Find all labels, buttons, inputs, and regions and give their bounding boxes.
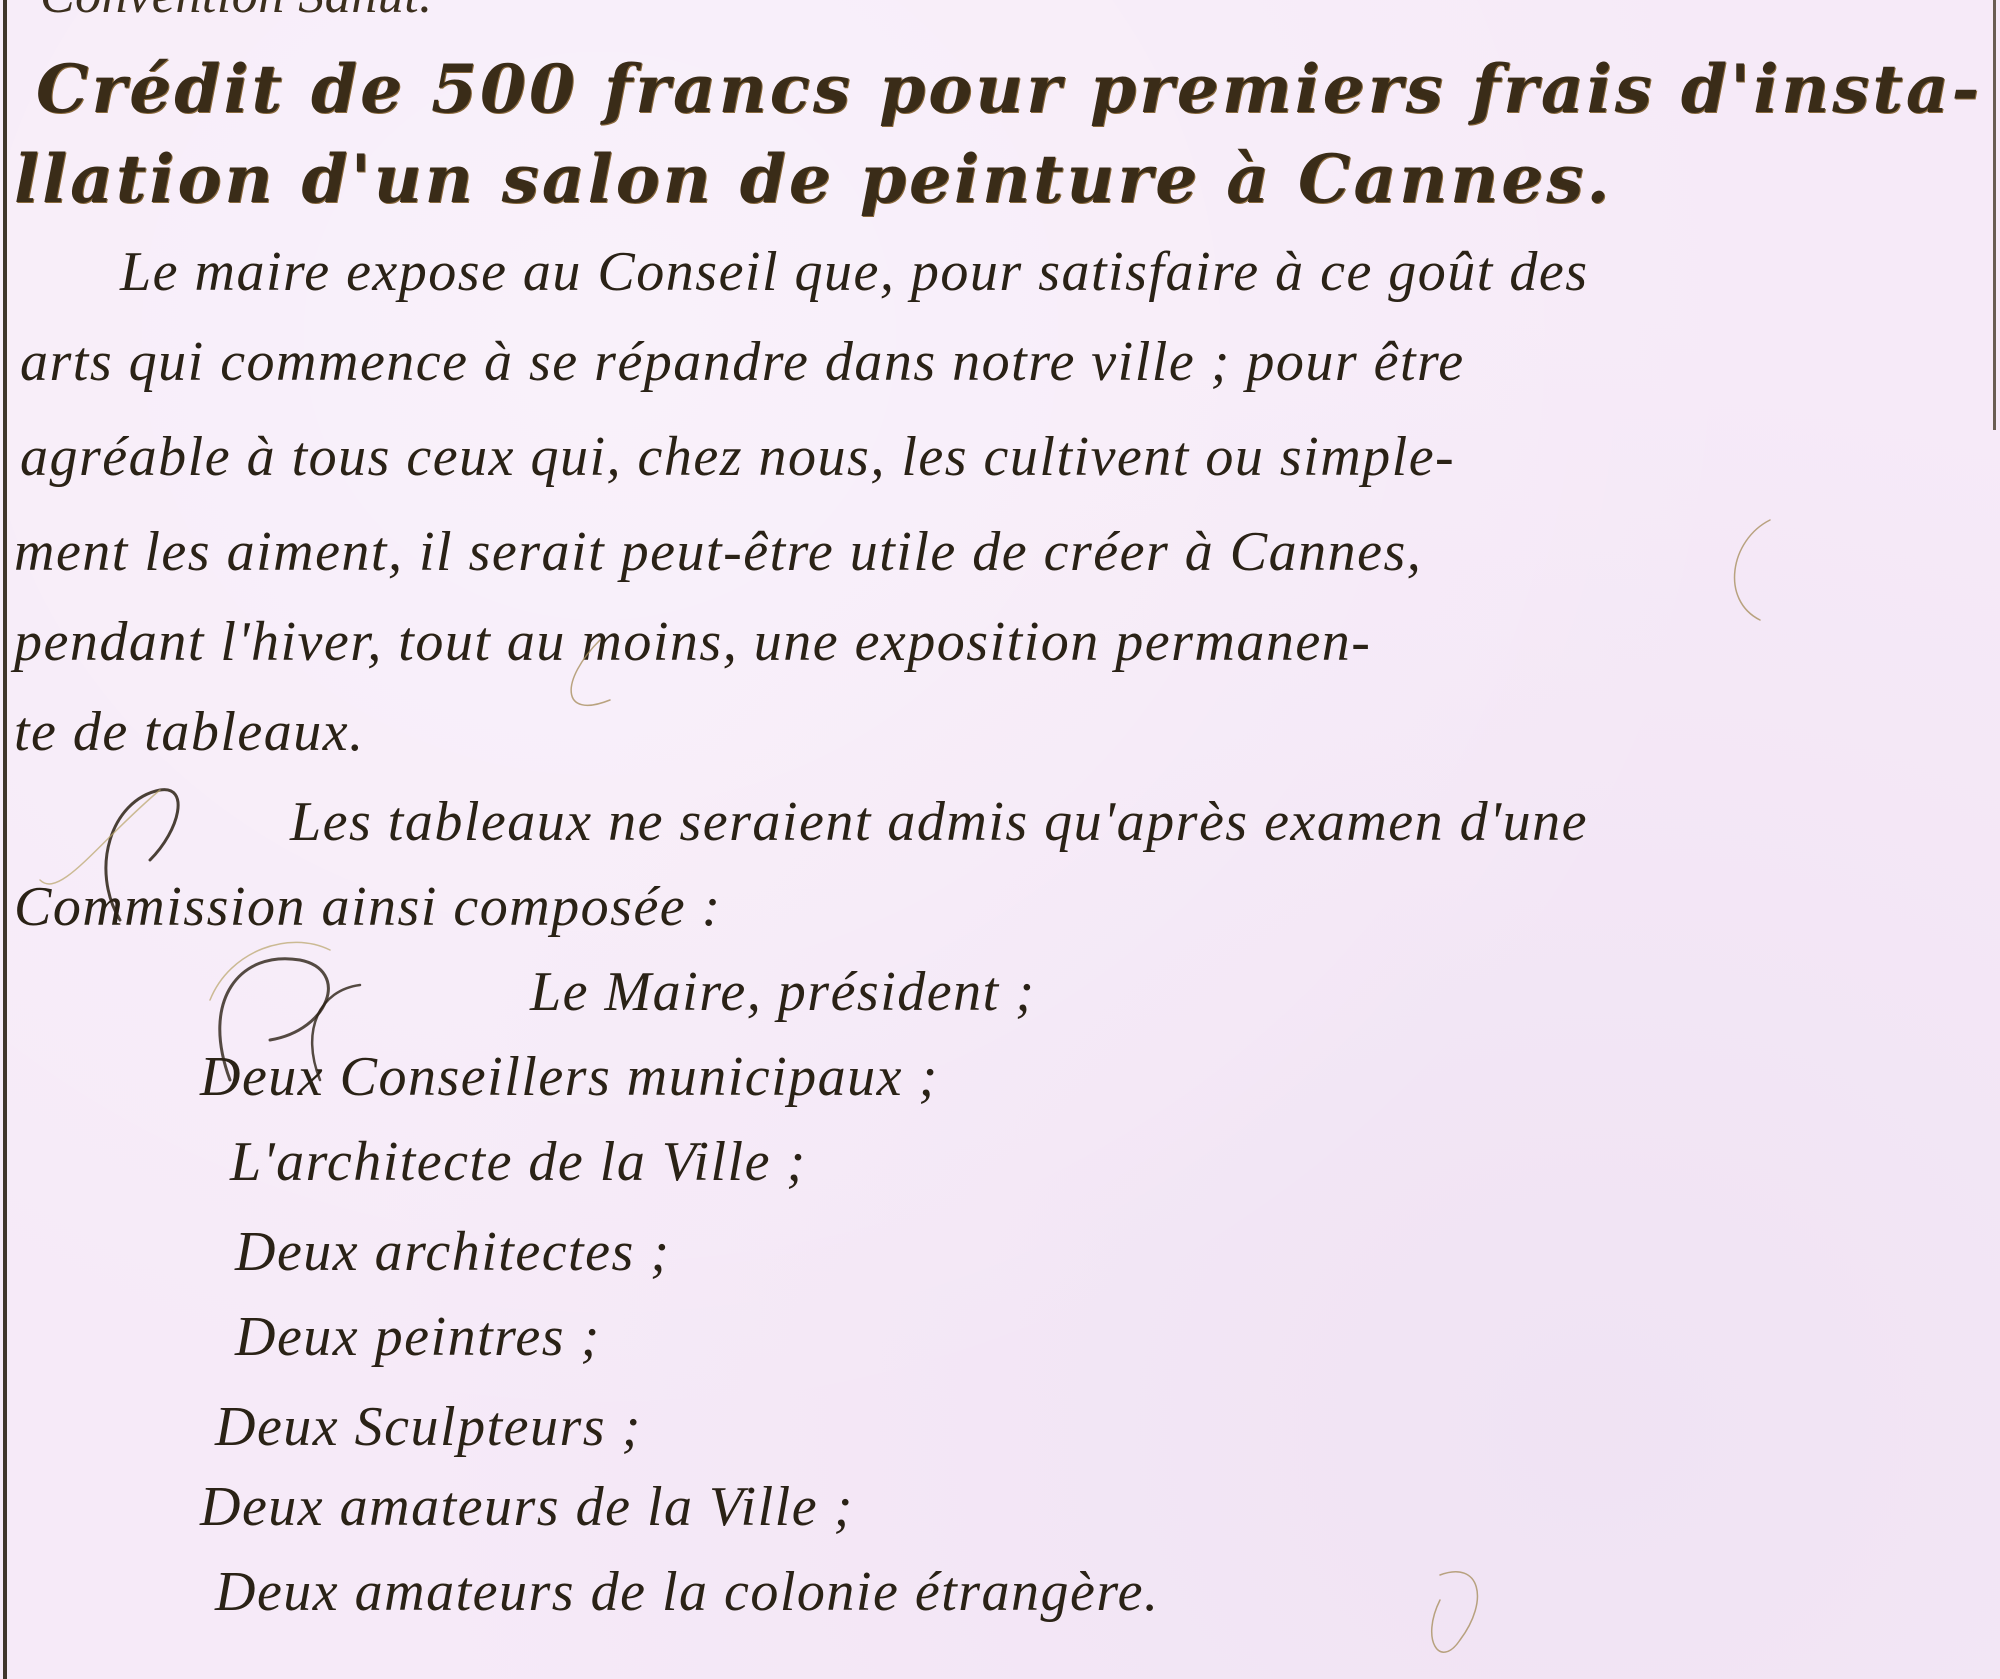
commission-member: L'architecte de la Ville ;: [230, 1130, 807, 1194]
commission-member: Deux architectes ;: [235, 1220, 670, 1284]
manuscript-page: Convention Sahut. Crédit de 500 francs p…: [0, 0, 2000, 1679]
paragraph-2-line-1: Les tableaux ne seraient admis qu'après …: [290, 790, 1588, 854]
paragraph-1-line-2: arts qui commence à se répandre dans not…: [20, 330, 1465, 394]
paragraph-1-line-5: pendant l'hiver, tout au moins, une expo…: [14, 610, 1371, 674]
title-line-1: Crédit de 500 francs pour premiers frais…: [36, 50, 1982, 128]
commission-member: Deux amateurs de la colonie étrangère.: [215, 1560, 1159, 1624]
paragraph-1-line-4: ment les aiment, il serait peut-être uti…: [14, 520, 1422, 584]
commission-member: Deux Conseillers municipaux ;: [200, 1045, 939, 1109]
commission-member: Le Maire, président ;: [530, 960, 1035, 1024]
paragraph-1-line-3: agréable à tous ceux qui, chez nous, les…: [20, 425, 1455, 489]
commission-member: Deux Sculpteurs ;: [215, 1395, 642, 1459]
commission-member: Deux amateurs de la Ville ;: [200, 1475, 854, 1539]
commission-member: Deux peintres ;: [235, 1305, 601, 1369]
paragraph-1-line-6: te de tableaux.: [14, 700, 365, 764]
title-line-2: llation d'un salon de peinture à Cannes.: [14, 140, 1612, 218]
paragraph-1-line-1: Le maire expose au Conseil que, pour sat…: [120, 240, 1589, 304]
paragraph-2-line-2: Commission ainsi composée :: [14, 875, 722, 939]
right-margin-rule: [1993, 0, 1996, 430]
previous-heading-fragment: Convention Sahut.: [40, 0, 433, 25]
left-margin-rule: [3, 0, 7, 1679]
